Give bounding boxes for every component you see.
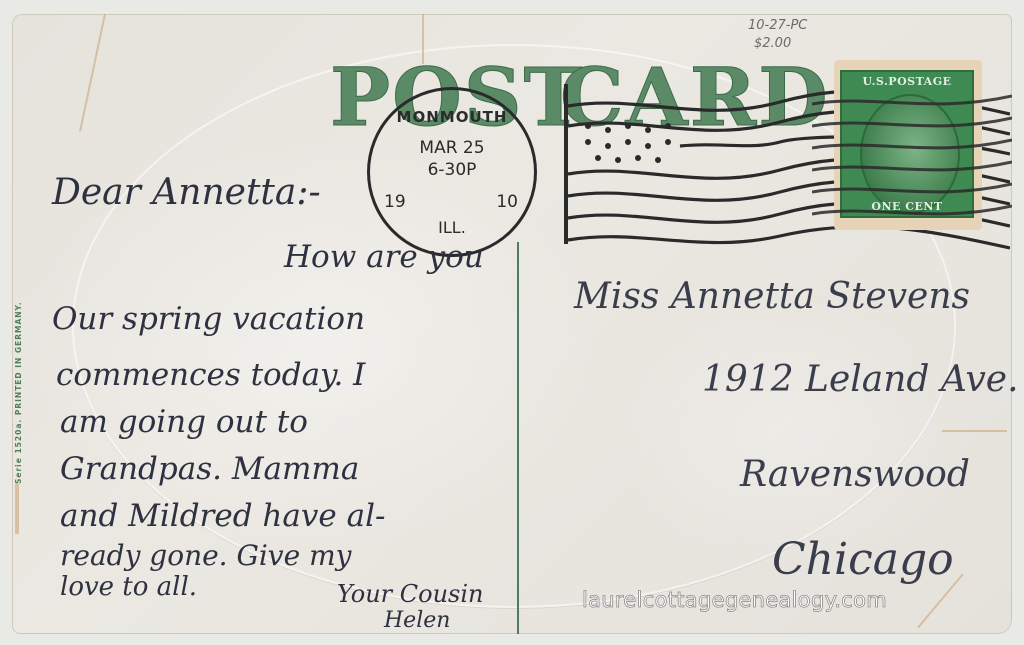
address-neighborhood: Ravenswood [740, 454, 970, 495]
watermark: laurelcottagegenealogy.com [582, 588, 887, 612]
message-salutation: Dear Annetta:- [52, 172, 321, 213]
cancel-lines-icon [812, 84, 1012, 234]
pencil-note-price: $2.00 [754, 36, 791, 51]
message-line: am going out to [60, 404, 308, 440]
message-line: How are you [284, 239, 484, 275]
crease-mark [79, 14, 106, 132]
address-street: 1912 Leland Ave. [702, 359, 1019, 400]
message-signature: Helen [384, 608, 450, 633]
message-line: ready gone. Give my [60, 539, 351, 572]
printer-imprint: Serie 1520a. PRINTED IN GERMANY. [14, 301, 23, 484]
postmark: MONMOUTH MAR 25 6-30P 19 10 ILL. [367, 87, 537, 257]
postmark-year-left: 19 [384, 192, 406, 212]
postmark-state: ILL. [370, 218, 534, 237]
postcard: Serie 1520a. PRINTED IN GERMANY. POST CA… [12, 14, 1012, 634]
crease-mark [942, 430, 1007, 432]
pencil-note-date: 10-27-PC [748, 18, 807, 33]
message-closing: Your Cousin [337, 580, 483, 608]
message-line: commences today. I [56, 357, 365, 393]
message-line: Our spring vacation [52, 301, 365, 337]
divider-line [517, 242, 519, 634]
postmark-time: 6-30P [370, 160, 534, 180]
address-city: Chicago [772, 534, 954, 585]
postmark-town: MONMOUTH [370, 108, 534, 126]
address-name: Miss Annetta Stevens [574, 276, 970, 317]
postmark-year-right: 10 [496, 192, 518, 212]
message-line: love to all. [60, 572, 197, 602]
postmark-date: MAR 25 [370, 138, 534, 158]
message-line: and Mildred have al- [60, 498, 385, 534]
message-line: Grandpas. Mamma [60, 451, 359, 487]
crease-mark [15, 484, 19, 534]
